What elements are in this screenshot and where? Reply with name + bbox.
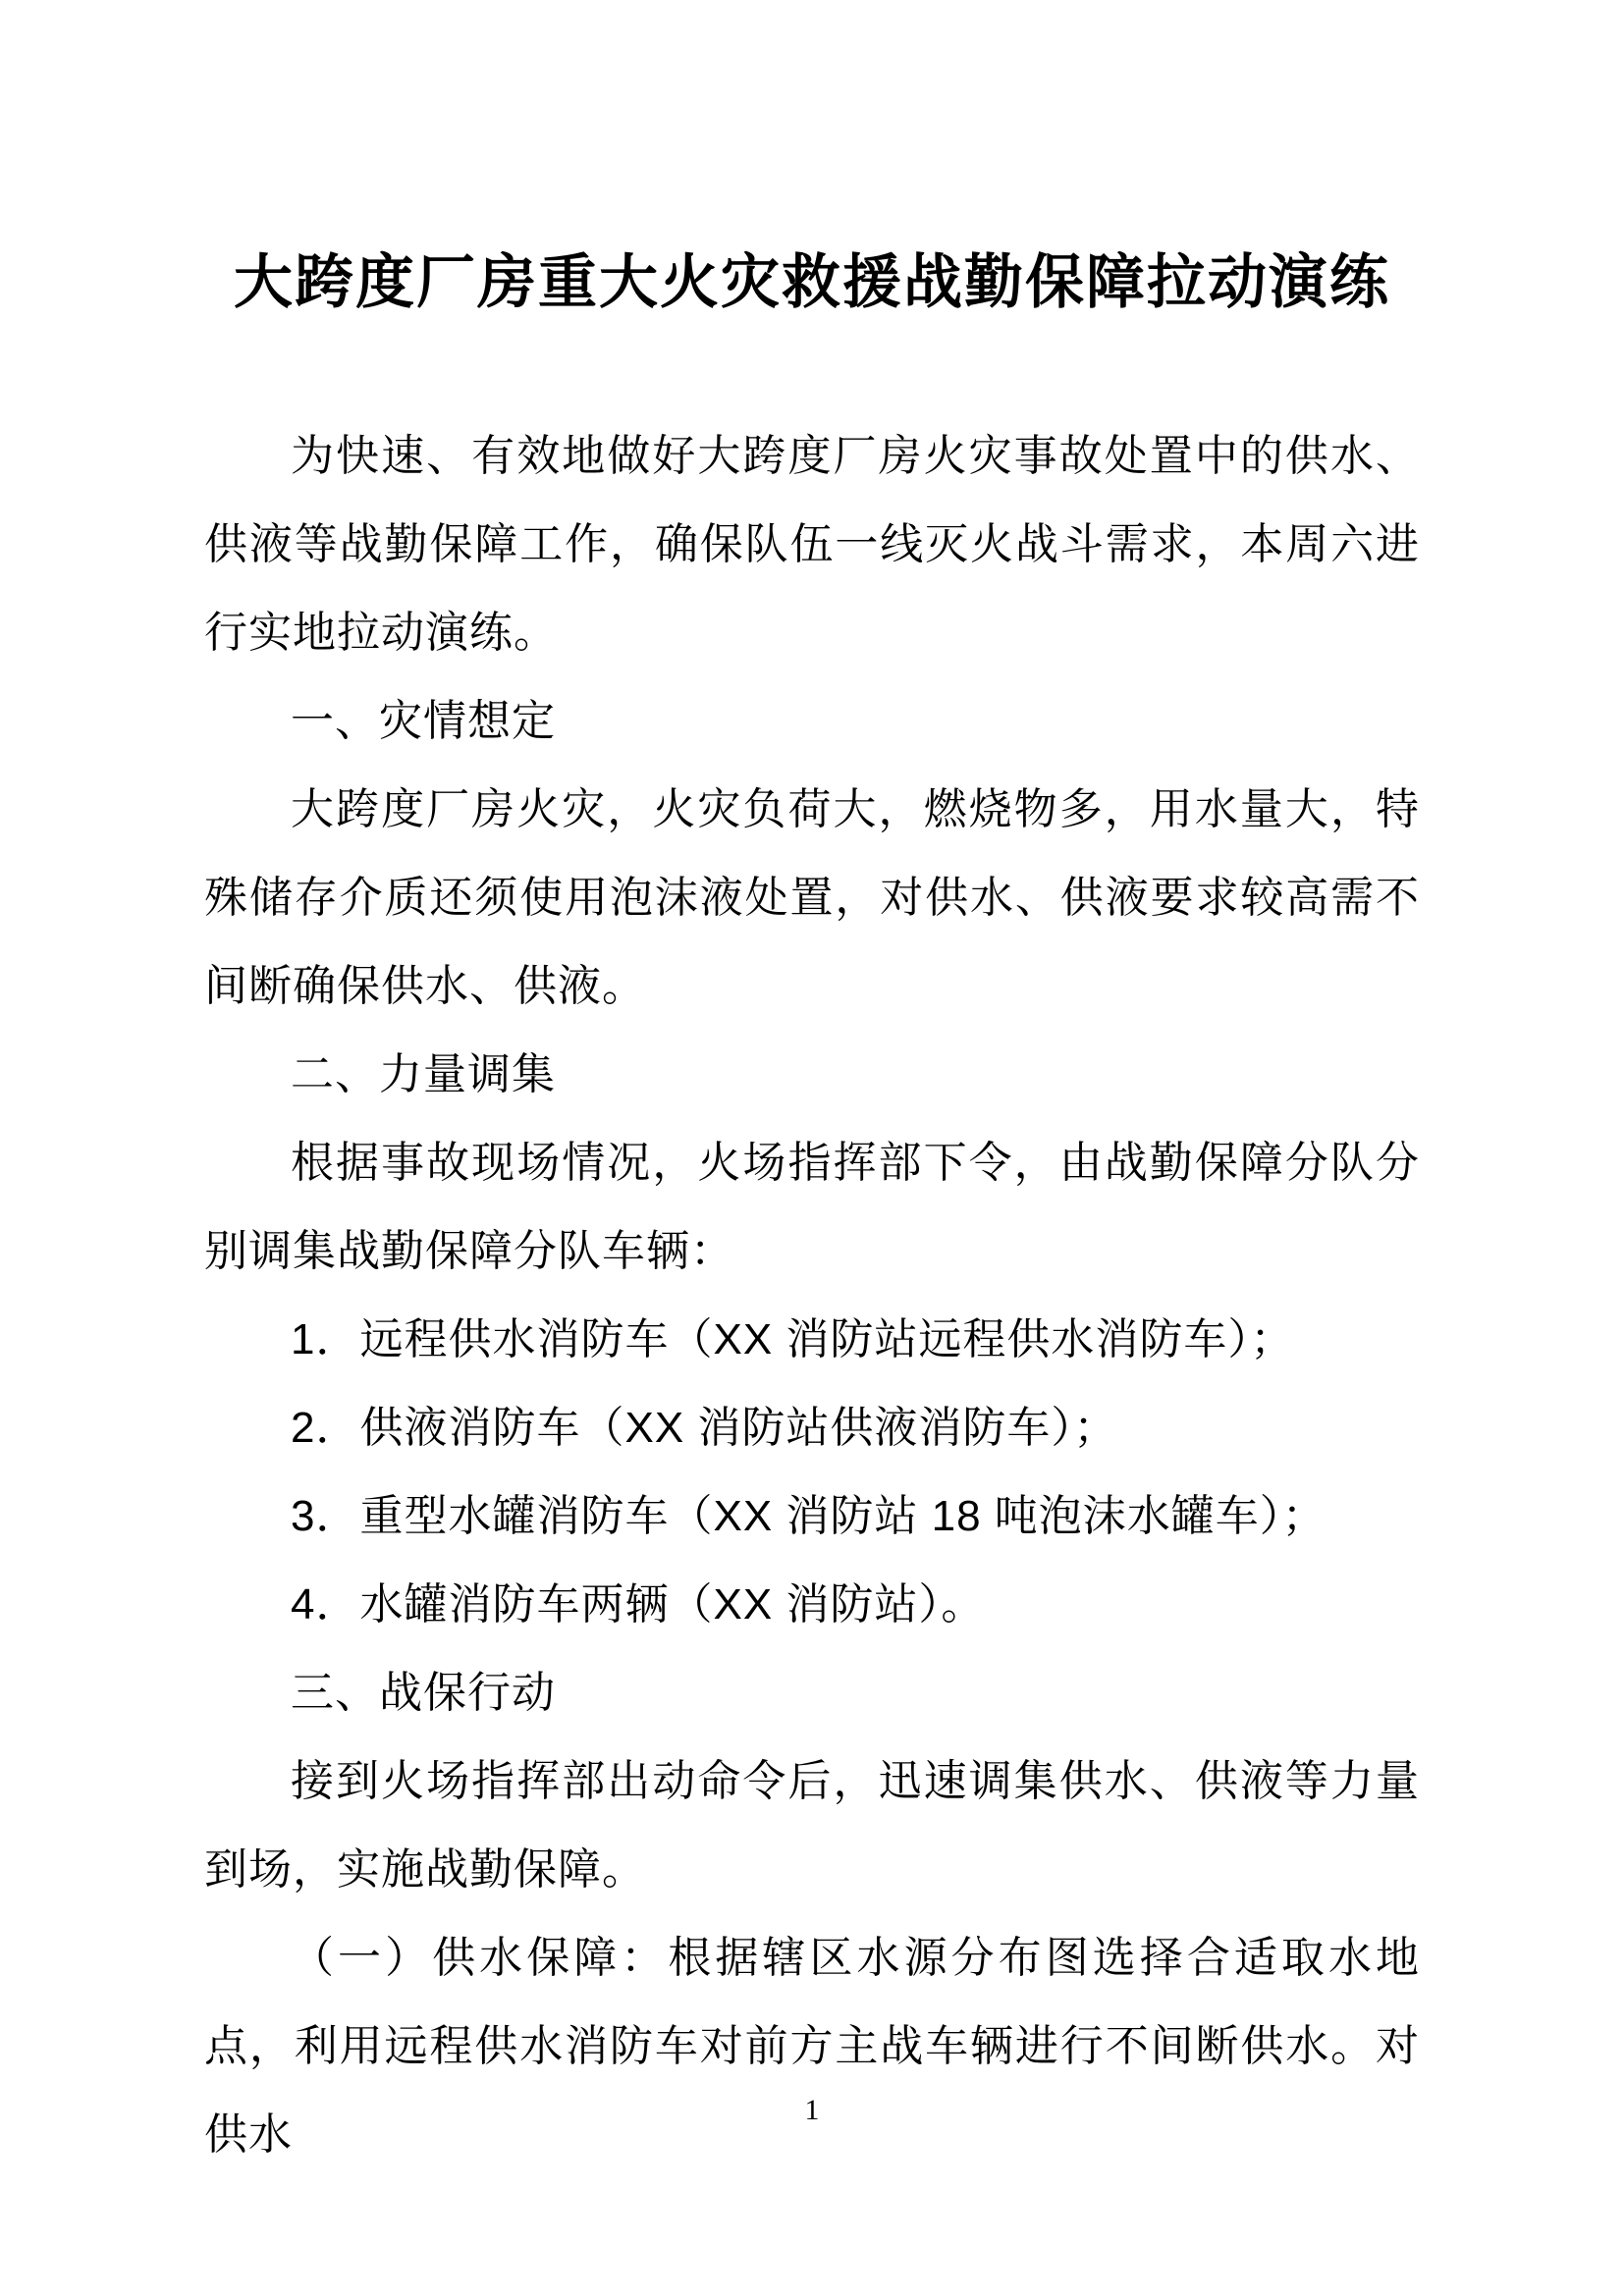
list-item: 1．远程供水消防车（XX 消防站远程供水消防车）；: [204, 1296, 1420, 1384]
list-item: 4．水罐消防车两辆（XX 消防站）。: [204, 1561, 1420, 1649]
document-page: 大跨度厂房重大火灾救援战勤保障拉动演练 为快速、有效地做好大跨度厂房火灾事故处置…: [0, 0, 1624, 2296]
body-paragraph: 根据事故现场情况，火场指挥部下令，由战勤保障分队分别调集战勤保障分队车辆：: [204, 1119, 1420, 1296]
body-paragraph: 大跨度厂房火灾，火灾负荷大，燃烧物多，用水量大，特殊储存介质还须使用泡沫液处置，…: [204, 766, 1420, 1031]
body-paragraph: 为快速、有效地做好大跨度厂房火灾事故处置中的供水、供液等战勤保障工作，确保队伍一…: [204, 412, 1420, 677]
list-item: 3．重型水罐消防车（XX 消防站 18 吨泡沫水罐车）；: [204, 1472, 1420, 1561]
document-title: 大跨度厂房重大火灾救援战勤保障拉动演练: [204, 241, 1420, 324]
body-paragraph: （一）供水保障：根据辖区水源分布图选择合适取水地点，利用远程供水消防车对前方主战…: [204, 1914, 1420, 2179]
section-heading: 三、战保行动: [204, 1649, 1420, 1737]
section-heading: 二、力量调集: [204, 1031, 1420, 1119]
list-item: 2．供液消防车（XX 消防站供液消防车）；: [204, 1384, 1420, 1472]
section-heading: 一、灾情想定: [204, 677, 1420, 766]
body-paragraph: 接到火场指挥部出动命令后，迅速调集供水、供液等力量到场，实施战勤保障。: [204, 1737, 1420, 1914]
document-body: 为快速、有效地做好大跨度厂房火灾事故处置中的供水、供液等战勤保障工作，确保队伍一…: [204, 412, 1420, 2179]
page-number: 1: [0, 2091, 1624, 2130]
